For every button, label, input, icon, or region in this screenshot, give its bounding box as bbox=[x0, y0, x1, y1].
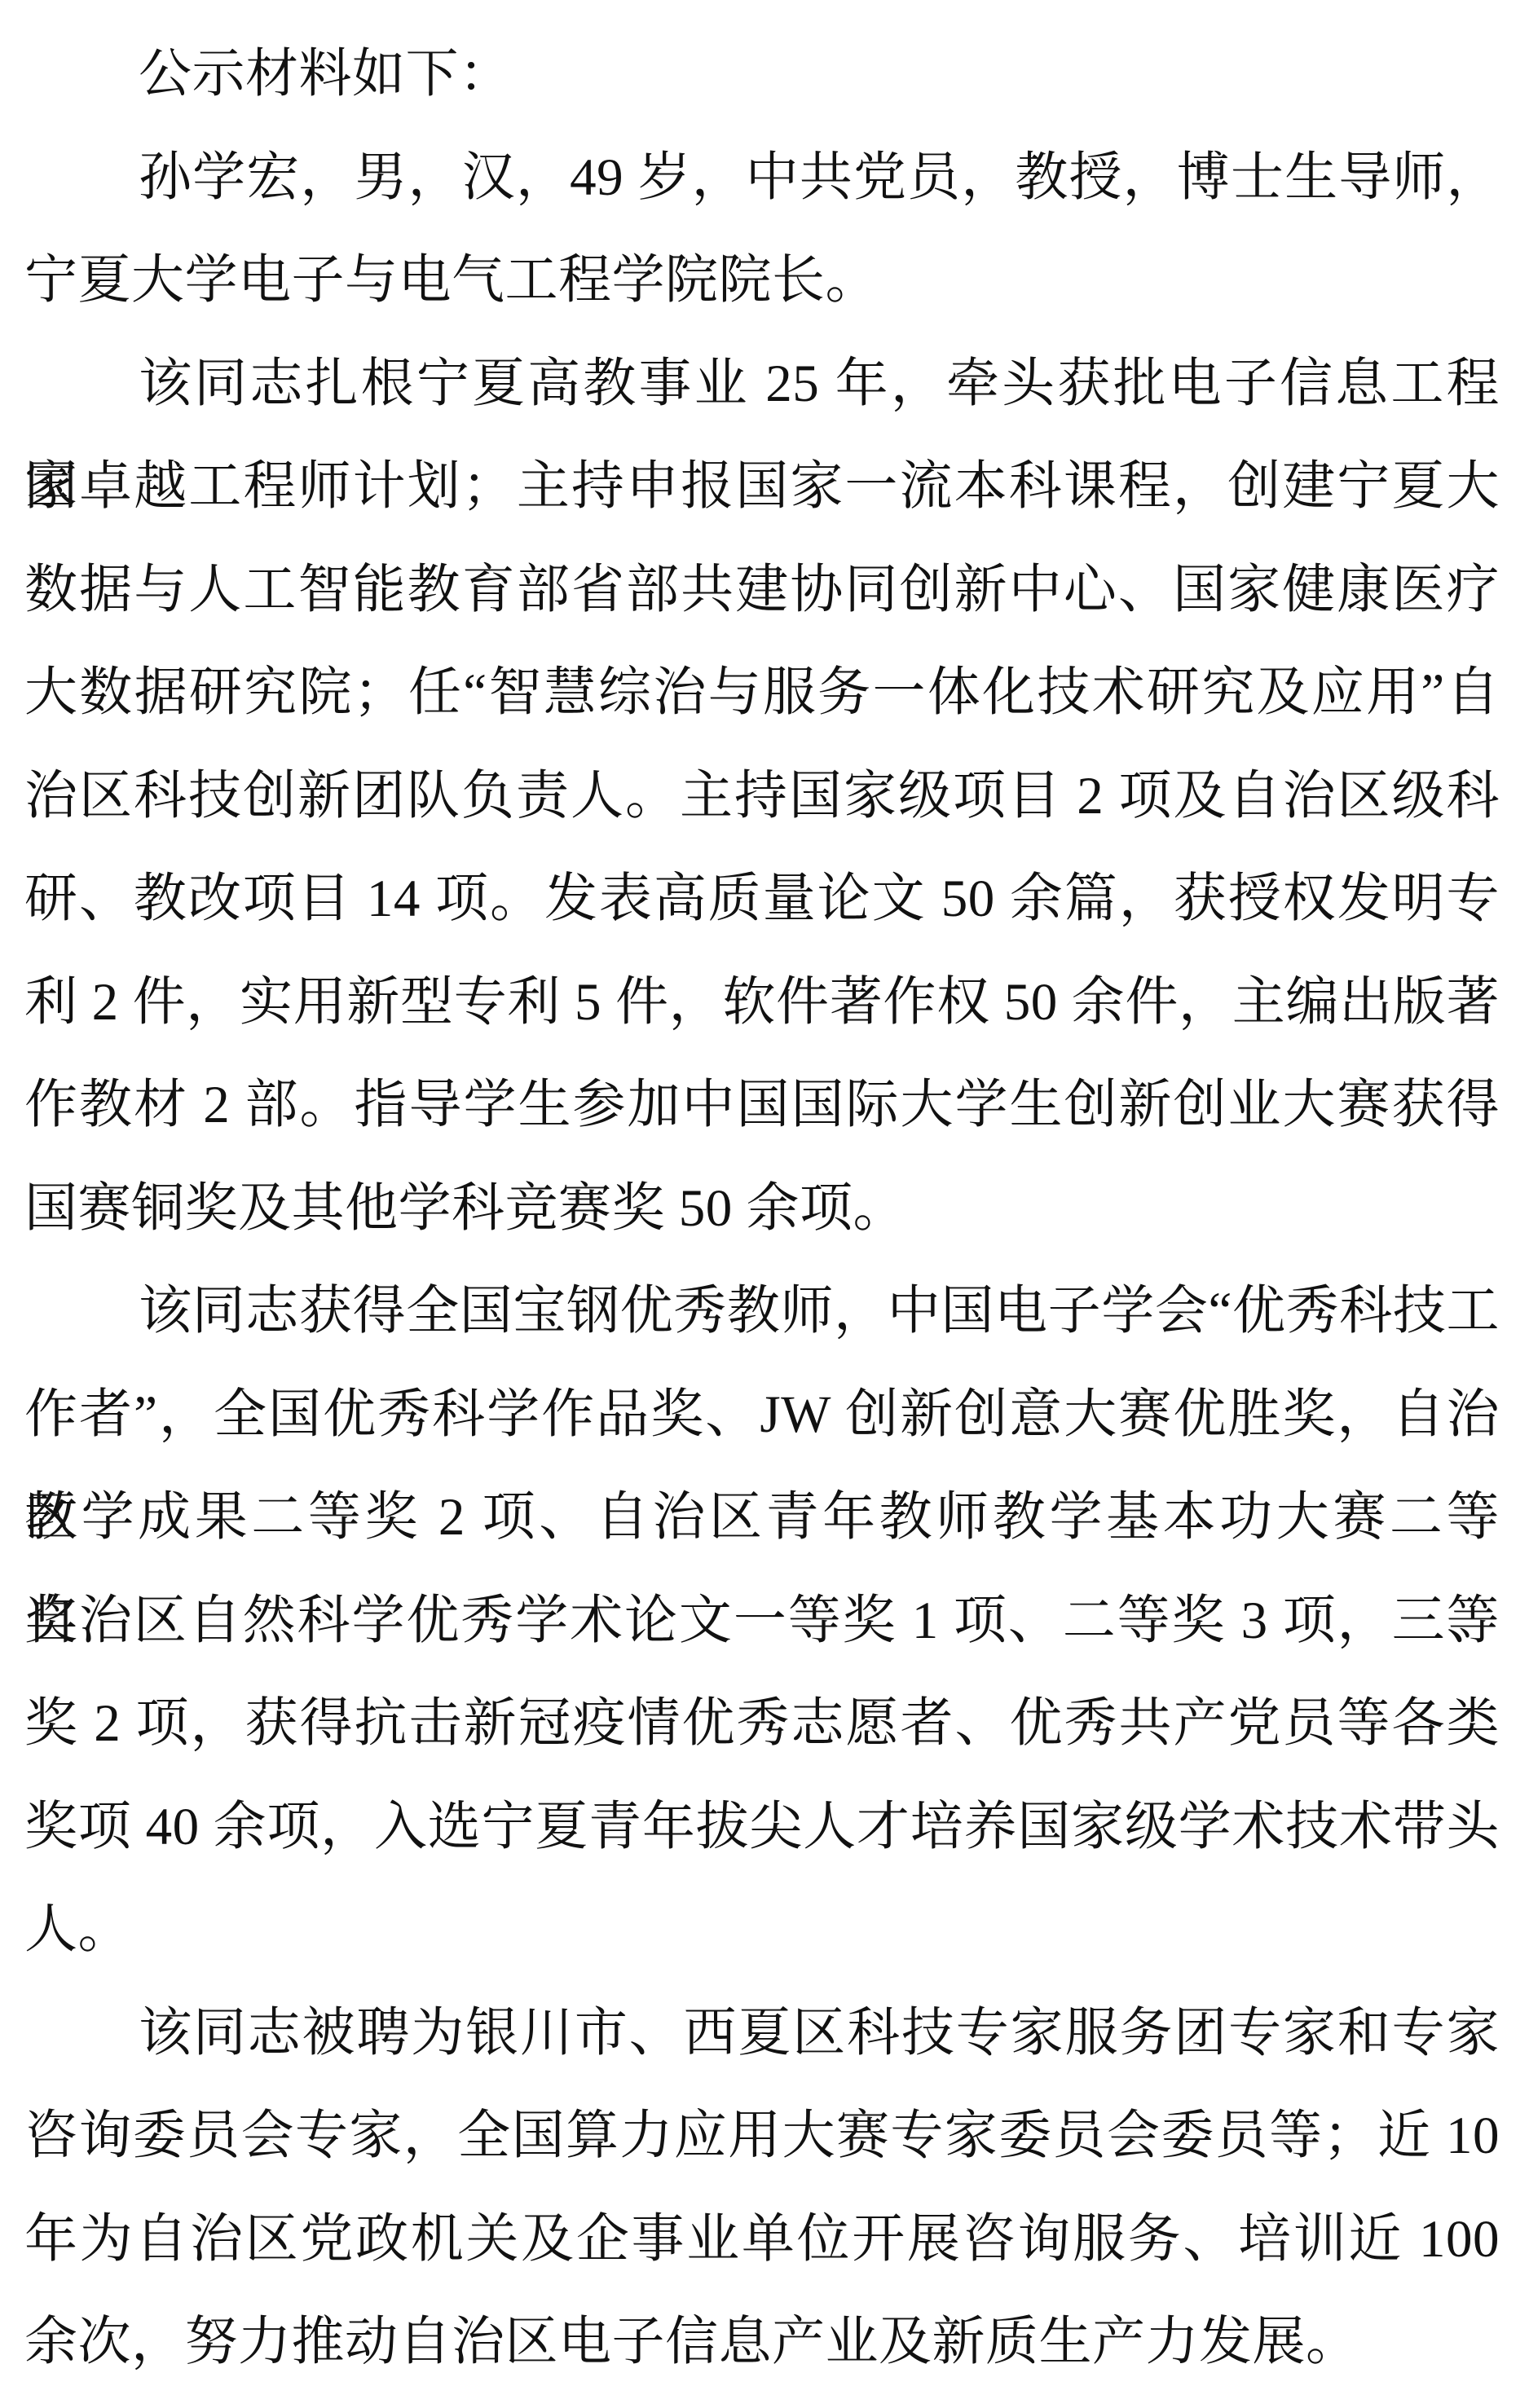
text-line: 年为自治区党政机关及企事业单位开展咨询服务、培训近 100 bbox=[24, 2188, 1500, 2291]
text-line: 作者”，全国优秀科学作品奖、JW 创新创意大赛优胜奖，自治区 bbox=[24, 1363, 1500, 1467]
text-line: 治区科技创新团队负责人。主持国家级项目 2 项及自治区级科 bbox=[24, 745, 1500, 848]
text-line: 人。 bbox=[24, 1878, 1500, 1982]
text-line: 孙学宏，男，汉，49 岁，中共党员，教授，博士生导师， bbox=[24, 126, 1500, 230]
text-line: 奖项 40 余项，入选宁夏青年拔尖人才培养国家级学术技术带头 bbox=[24, 1776, 1500, 1879]
text-line: 大数据研究院；任“智慧综治与服务一体化技术研究及应用”自 bbox=[24, 641, 1500, 745]
text-line: 余次，努力推动自治区电子信息产业及新质生产力发展。 bbox=[24, 2291, 1500, 2394]
text-line: 家卓越工程师计划；主持申报国家一流本科课程，创建宁夏大 bbox=[24, 435, 1500, 539]
text-line: 宁夏大学电子与电气工程学院院长。 bbox=[24, 229, 1500, 332]
text-line: 该同志获得全国宝钢优秀教师，中国电子学会“优秀科技工 bbox=[24, 1260, 1500, 1363]
text-line: 研、教改项目 14 项。发表高质量论文 50 余篇，获授权发明专 bbox=[24, 847, 1500, 951]
text-line: 奖 2 项，获得抗击新冠疫情优秀志愿者、优秀共产党员等各类 bbox=[24, 1672, 1500, 1776]
text-line: 教学成果二等奖 2 项、自治区青年教师教学基本功大赛二等奖、 bbox=[24, 1466, 1500, 1569]
text-line: 作教材 2 部。指导学生参加中国国际大学生创新创业大赛获得 bbox=[24, 1054, 1500, 1157]
text-line: 该同志被聘为银川市、西夏区科技专家服务团专家和专家 bbox=[24, 1982, 1500, 2085]
text-line: 咨询委员会专家，全国算力应用大赛专家委员会委员等；近 10 bbox=[24, 2084, 1500, 2188]
text-line: 利 2 件，实用新型专利 5 件，软件著作权 50 余件，主编出版著 bbox=[24, 951, 1500, 1054]
text-line: 数据与人工智能教育部省部共建协同创新中心、国家健康医疗 bbox=[24, 539, 1500, 642]
text-line: 国赛铜奖及其他学科竞赛奖 50 余项。 bbox=[24, 1157, 1500, 1261]
text-line: 该同志扎根宁夏高教事业 25 年，牵头获批电子信息工程国 bbox=[24, 332, 1500, 436]
text-line: 自治区自然科学优秀学术论文一等奖 1 项、二等奖 3 项，三等 bbox=[24, 1569, 1500, 1673]
document-body: 公示材料如下：孙学宏，男，汉，49 岁，中共党员，教授，博士生导师，宁夏大学电子… bbox=[24, 23, 1500, 2394]
text-line: 公示材料如下： bbox=[24, 23, 1500, 126]
document-page: 公示材料如下：孙学宏，男，汉，49 岁，中共党员，教授，博士生导师，宁夏大学电子… bbox=[0, 0, 1529, 2408]
